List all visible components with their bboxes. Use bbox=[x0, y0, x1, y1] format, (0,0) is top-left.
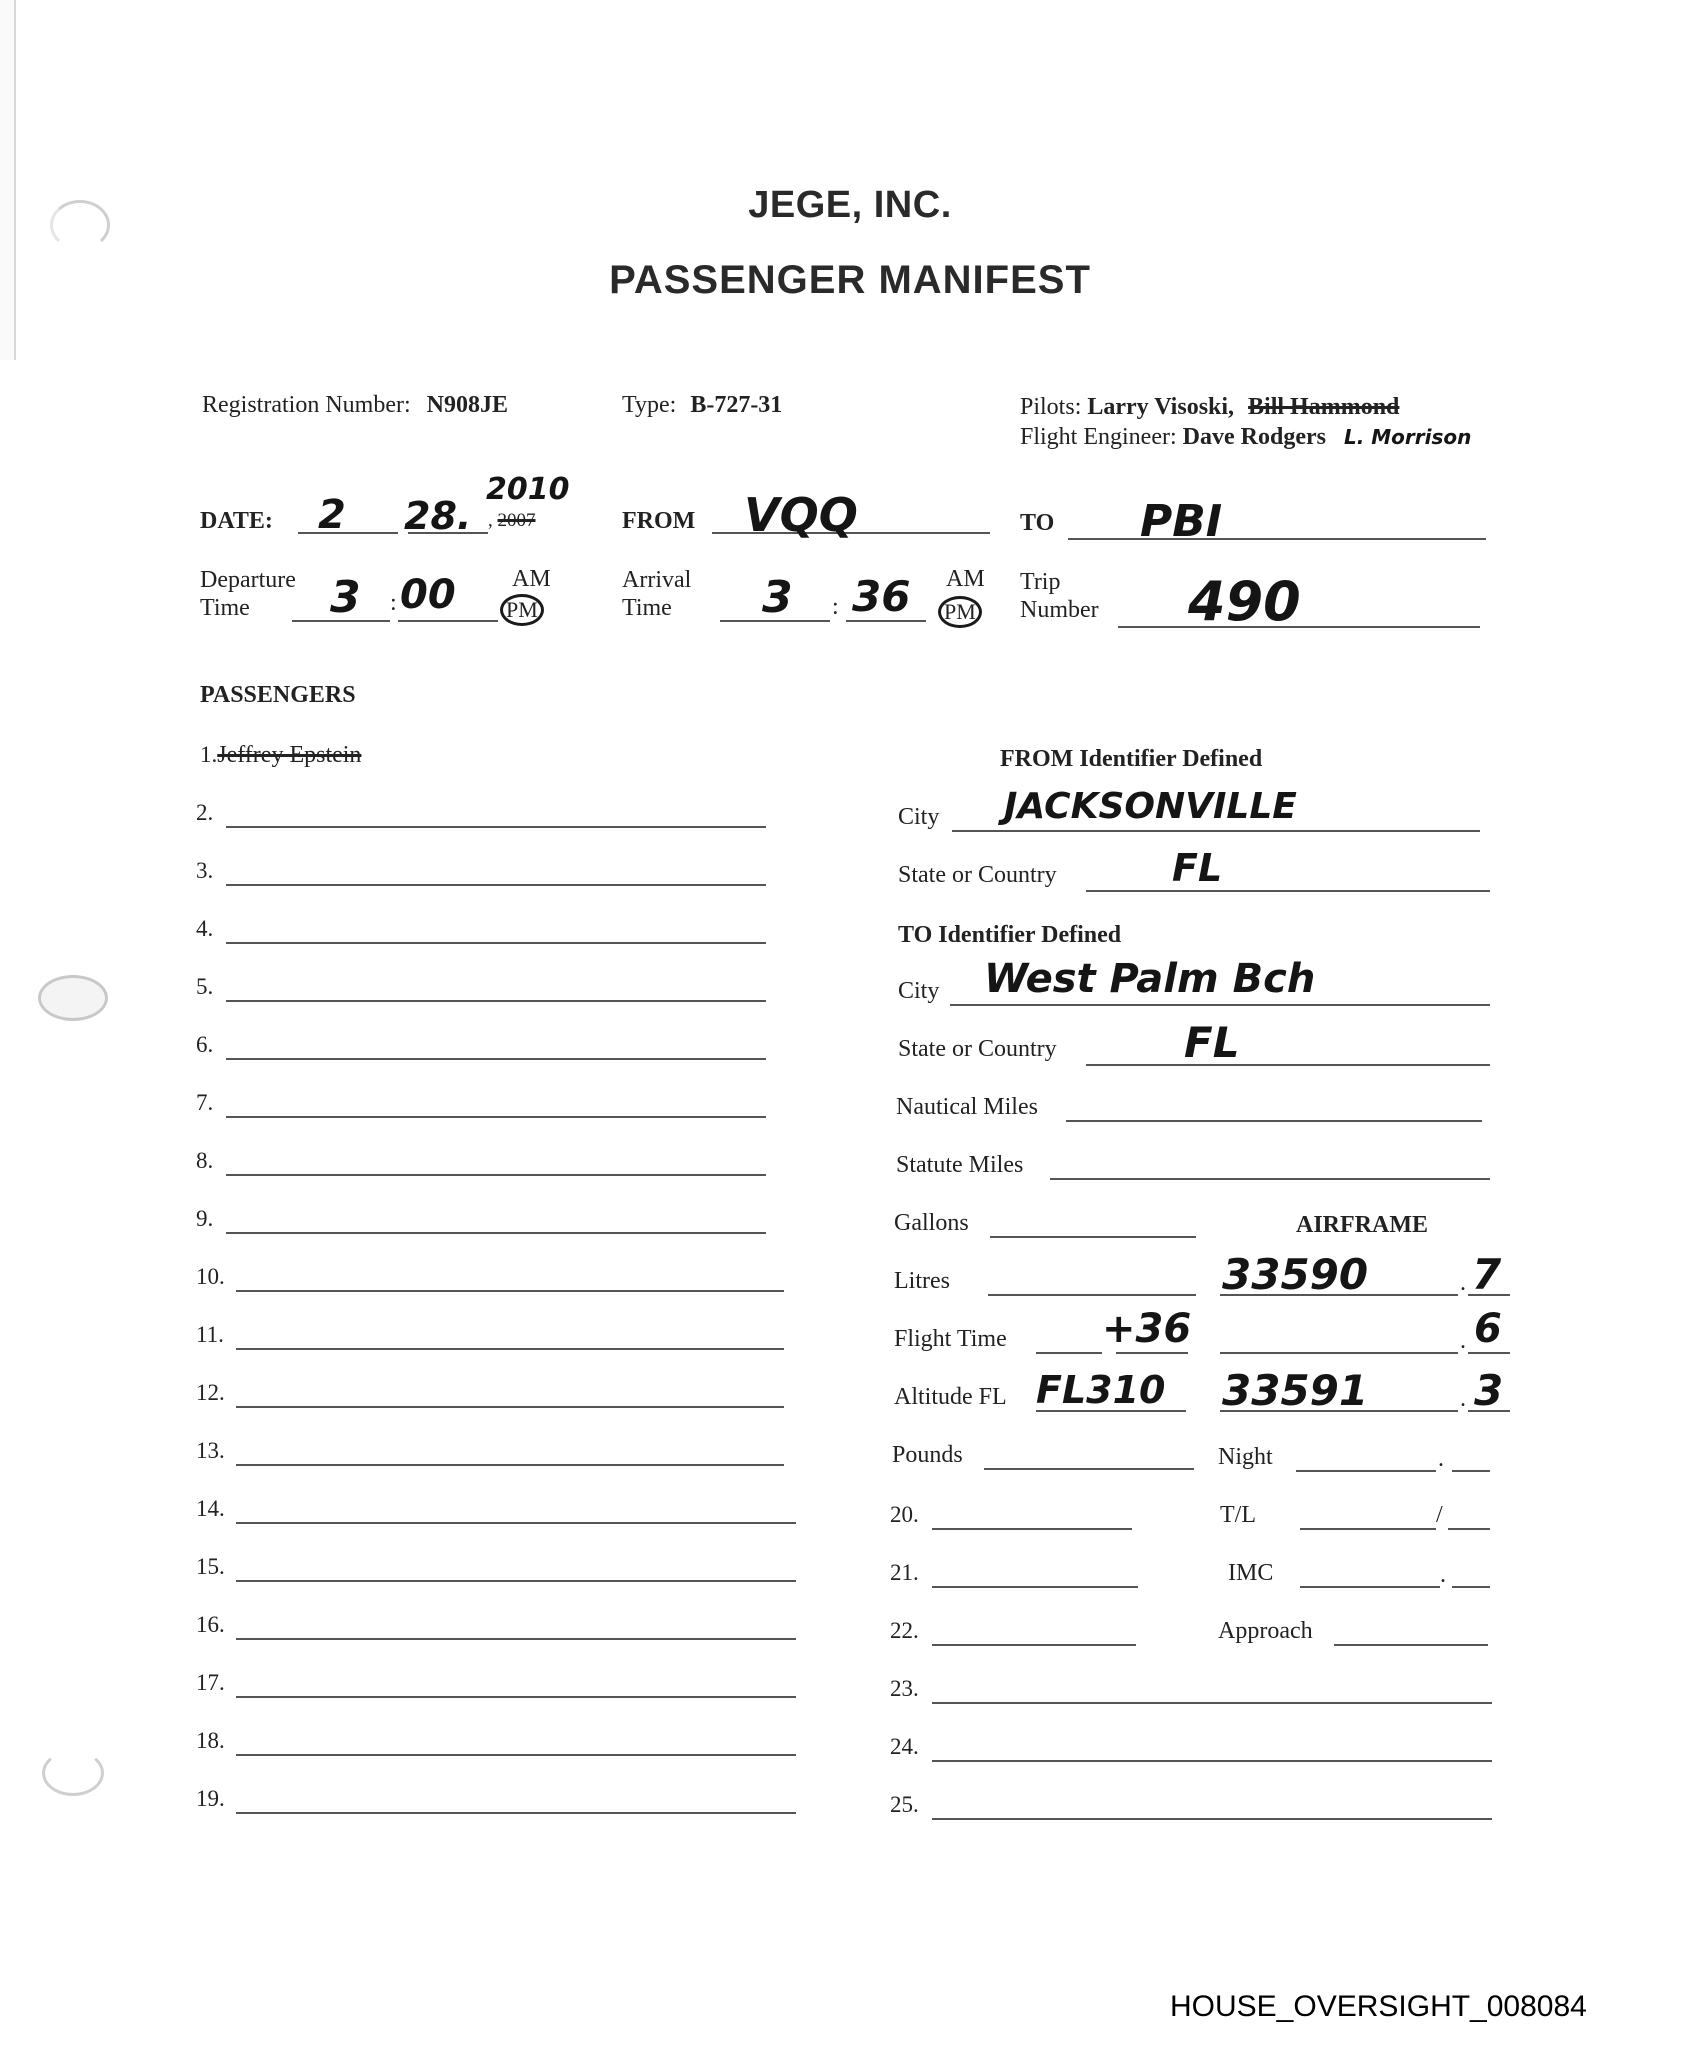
departure-hour[interactable]: 3 bbox=[330, 572, 361, 623]
passenger-row-field[interactable] bbox=[932, 1644, 1136, 1646]
passenger-row-number: 25. bbox=[890, 1792, 919, 1818]
from-value[interactable]: VQQ bbox=[744, 488, 858, 542]
to-city-label: City bbox=[898, 978, 939, 1005]
engineer-value: Dave Rodgers bbox=[1183, 424, 1326, 450]
passenger-row-number: 15. bbox=[196, 1554, 225, 1580]
passenger-row-field[interactable] bbox=[226, 1058, 766, 1060]
arrival-am[interactable]: AM bbox=[946, 566, 985, 593]
passenger-row-field[interactable] bbox=[236, 1754, 796, 1756]
punch-hole-middle bbox=[38, 975, 108, 1021]
punch-hole-bottom bbox=[42, 1750, 104, 1796]
passenger-row-field[interactable] bbox=[236, 1696, 796, 1698]
flight-time-hours-field[interactable] bbox=[1036, 1352, 1102, 1354]
page-title: PASSENGER MANIFEST bbox=[0, 258, 1700, 303]
from-city-label: City bbox=[898, 804, 939, 831]
passenger-row-number: 10. bbox=[196, 1264, 225, 1290]
gallons-field[interactable] bbox=[990, 1236, 1196, 1238]
passenger-row-number: 22. bbox=[890, 1618, 919, 1644]
pilot-2-struck: Bill Hammond bbox=[1248, 394, 1399, 420]
passenger-row-number: 14. bbox=[196, 1496, 225, 1522]
pounds-field[interactable] bbox=[984, 1468, 1194, 1470]
registration-value: N908JE bbox=[427, 392, 508, 418]
passenger-row-number: 16. bbox=[196, 1612, 225, 1638]
tl-second-field[interactable] bbox=[1448, 1528, 1490, 1530]
passenger-row-field[interactable] bbox=[932, 1586, 1138, 1588]
passenger-row-field[interactable] bbox=[226, 1232, 766, 1234]
approach-label: Approach bbox=[1218, 1618, 1313, 1645]
decimal-point: . bbox=[1438, 1446, 1444, 1473]
type-label: Type: bbox=[622, 392, 676, 418]
gallons-label: Gallons bbox=[894, 1210, 969, 1237]
departure-label: DepartureTime bbox=[200, 566, 296, 622]
trip-number-label: TripNumber bbox=[1020, 568, 1099, 624]
to-identifier-heading: TO Identifier Defined bbox=[898, 922, 1121, 949]
passenger-row-field[interactable] bbox=[236, 1638, 796, 1640]
from-identifier-heading: FROM Identifier Defined bbox=[1000, 746, 1262, 773]
engineer-handwritten: L. Morrison bbox=[1344, 425, 1471, 449]
passengers-heading: PASSENGERS bbox=[200, 682, 356, 709]
passenger-row-field[interactable] bbox=[226, 826, 766, 828]
passenger-row-field[interactable] bbox=[226, 1174, 766, 1176]
time-colon: : bbox=[390, 590, 397, 617]
imc-decimal-field[interactable] bbox=[1452, 1586, 1490, 1588]
type-field: Type: B-727-31 bbox=[622, 392, 782, 419]
airframe-end-value[interactable]: 33591 bbox=[1222, 1366, 1368, 1415]
passenger-row-field[interactable] bbox=[236, 1290, 784, 1292]
flight-time-airframe-field[interactable] bbox=[1220, 1352, 1458, 1354]
date-year-handwritten[interactable]: 2010 bbox=[486, 472, 570, 507]
passenger-row-number: 6. bbox=[196, 1032, 213, 1058]
decimal-point: . bbox=[1460, 1270, 1466, 1297]
flight-time-decimal[interactable]: 6 bbox=[1474, 1306, 1502, 1352]
passenger-row-1[interactable]: 1.Jeffrey Epstein bbox=[200, 742, 361, 769]
passenger-row-number: 2. bbox=[196, 800, 213, 826]
flight-time-label: Flight Time bbox=[894, 1326, 1007, 1353]
engineer-field: Flight Engineer: Dave Rodgers L. Morriso… bbox=[1020, 424, 1471, 451]
pounds-label: Pounds bbox=[892, 1442, 963, 1469]
passenger-row-number: 4. bbox=[196, 916, 213, 942]
airframe-start-value[interactable]: 33590 bbox=[1222, 1250, 1368, 1299]
imc-label: IMC bbox=[1228, 1560, 1273, 1587]
company-name: JEGE, INC. bbox=[0, 184, 1700, 227]
engineer-label: Flight Engineer: bbox=[1020, 424, 1177, 450]
passenger-row-field[interactable] bbox=[236, 1406, 784, 1408]
registration-label: Registration Number: bbox=[202, 392, 411, 418]
from-label: FROM bbox=[622, 508, 695, 535]
passenger-row-number: 17. bbox=[196, 1670, 225, 1696]
decimal-point: . bbox=[1460, 1386, 1466, 1413]
approach-field[interactable] bbox=[1334, 1644, 1488, 1646]
passenger-row-number: 9. bbox=[196, 1206, 213, 1232]
passenger-row-field[interactable] bbox=[236, 1580, 796, 1582]
airframe-end-decimal[interactable]: 3 bbox=[1474, 1366, 1503, 1415]
departure-pm-circled[interactable]: PM bbox=[500, 594, 544, 626]
nautical-miles-label: Nautical Miles bbox=[896, 1094, 1038, 1121]
passenger-row-number: 21. bbox=[890, 1560, 919, 1586]
decimal-point: . bbox=[1460, 1328, 1466, 1355]
time-colon: : bbox=[832, 594, 839, 621]
to-value[interactable]: PBI bbox=[1140, 496, 1222, 547]
nautical-miles-field[interactable] bbox=[1066, 1120, 1482, 1122]
airframe-start-decimal[interactable]: 7 bbox=[1472, 1250, 1501, 1299]
passenger-row-field[interactable] bbox=[932, 1760, 1492, 1762]
airframe-heading: AIRFRAME bbox=[1296, 1212, 1428, 1239]
altitude-value[interactable]: FL310 bbox=[1036, 1368, 1166, 1412]
slash-separator: / bbox=[1436, 1502, 1443, 1529]
passenger-row-field[interactable] bbox=[236, 1464, 784, 1466]
imc-field[interactable] bbox=[1300, 1586, 1440, 1588]
arrival-minute[interactable]: 36 bbox=[852, 572, 910, 621]
trip-number-value[interactable]: 490 bbox=[1188, 570, 1301, 633]
night-field[interactable] bbox=[1296, 1470, 1436, 1472]
statute-miles-field[interactable] bbox=[1050, 1178, 1490, 1180]
passenger-row-field[interactable] bbox=[932, 1818, 1492, 1820]
litres-field[interactable] bbox=[988, 1294, 1196, 1296]
departure-minute[interactable]: 00 bbox=[400, 572, 456, 618]
passenger-row-field[interactable] bbox=[932, 1528, 1132, 1530]
arrival-label: ArrivalTime bbox=[622, 566, 691, 622]
registration-field: Registration Number: N908JE bbox=[202, 392, 508, 419]
passenger-row-number: 18. bbox=[196, 1728, 225, 1754]
page-edge bbox=[0, 0, 16, 360]
passenger-row-field[interactable] bbox=[226, 942, 766, 944]
bates-number: HOUSE_OVERSIGHT_008084 bbox=[1170, 1990, 1587, 2024]
tl-field[interactable] bbox=[1300, 1528, 1436, 1530]
from-state-label: State or Country bbox=[898, 862, 1057, 889]
passenger-row-field[interactable] bbox=[226, 1116, 766, 1118]
decimal-point: . bbox=[1440, 1562, 1446, 1589]
passenger-row-field[interactable] bbox=[236, 1348, 784, 1350]
passenger-row-number: 3. bbox=[196, 858, 213, 884]
pilots-label: Pilots: bbox=[1020, 394, 1081, 420]
passenger-row-field[interactable] bbox=[932, 1702, 1492, 1704]
arrival-hour[interactable]: 3 bbox=[762, 572, 793, 623]
to-label: TO bbox=[1020, 510, 1054, 537]
passenger-row-number: 24. bbox=[890, 1734, 919, 1760]
passenger-row-number: 5. bbox=[196, 974, 213, 1000]
passenger-row-field[interactable] bbox=[236, 1812, 796, 1814]
tl-label: T/L bbox=[1220, 1502, 1256, 1529]
to-city-value[interactable]: West Palm Bch bbox=[984, 956, 1315, 1002]
pilots-field: Pilots: Larry Visoski, Bill Hammond bbox=[1020, 394, 1399, 421]
type-value: B-727-31 bbox=[690, 392, 782, 418]
from-city-value[interactable]: JACKSONVILLE bbox=[1004, 786, 1297, 827]
passenger-row-number: 11. bbox=[196, 1322, 224, 1348]
passenger-row-number: 8. bbox=[196, 1148, 213, 1174]
statute-miles-label: Statute Miles bbox=[896, 1152, 1023, 1179]
flight-time-value[interactable]: +36 bbox=[1102, 1306, 1191, 1352]
night-label: Night bbox=[1218, 1444, 1273, 1471]
date-label: DATE: bbox=[200, 508, 273, 535]
night-decimal-field[interactable] bbox=[1452, 1470, 1490, 1472]
to-state-value[interactable]: FL bbox=[1184, 1018, 1239, 1067]
passenger-row-number: 20. bbox=[890, 1502, 919, 1528]
date-year-struck: , 2007 bbox=[488, 510, 536, 532]
passenger-row-field[interactable] bbox=[226, 884, 766, 886]
passenger-row-field[interactable] bbox=[226, 1000, 766, 1002]
departure-am[interactable]: AM bbox=[512, 566, 551, 593]
from-state-value[interactable]: FL bbox=[1172, 846, 1222, 890]
date-month[interactable]: 2 bbox=[318, 492, 346, 538]
passenger-1-struck: Jeffrey Epstein bbox=[217, 742, 361, 768]
date-day[interactable]: 28. bbox=[404, 494, 471, 538]
arrival-pm-circled[interactable]: PM bbox=[938, 596, 982, 628]
passenger-row-number: 7. bbox=[196, 1090, 213, 1116]
to-state-label: State or Country bbox=[898, 1036, 1057, 1063]
passenger-row-number: 12. bbox=[196, 1380, 225, 1406]
litres-label: Litres bbox=[894, 1268, 950, 1295]
passenger-row-number: 19. bbox=[196, 1786, 225, 1812]
passenger-row-field[interactable] bbox=[236, 1522, 796, 1524]
passenger-row-number: 13. bbox=[196, 1438, 225, 1464]
altitude-label: Altitude FL bbox=[894, 1384, 1007, 1411]
passenger-row-number: 23. bbox=[890, 1676, 919, 1702]
pilot-1: Larry Visoski, bbox=[1087, 394, 1234, 420]
